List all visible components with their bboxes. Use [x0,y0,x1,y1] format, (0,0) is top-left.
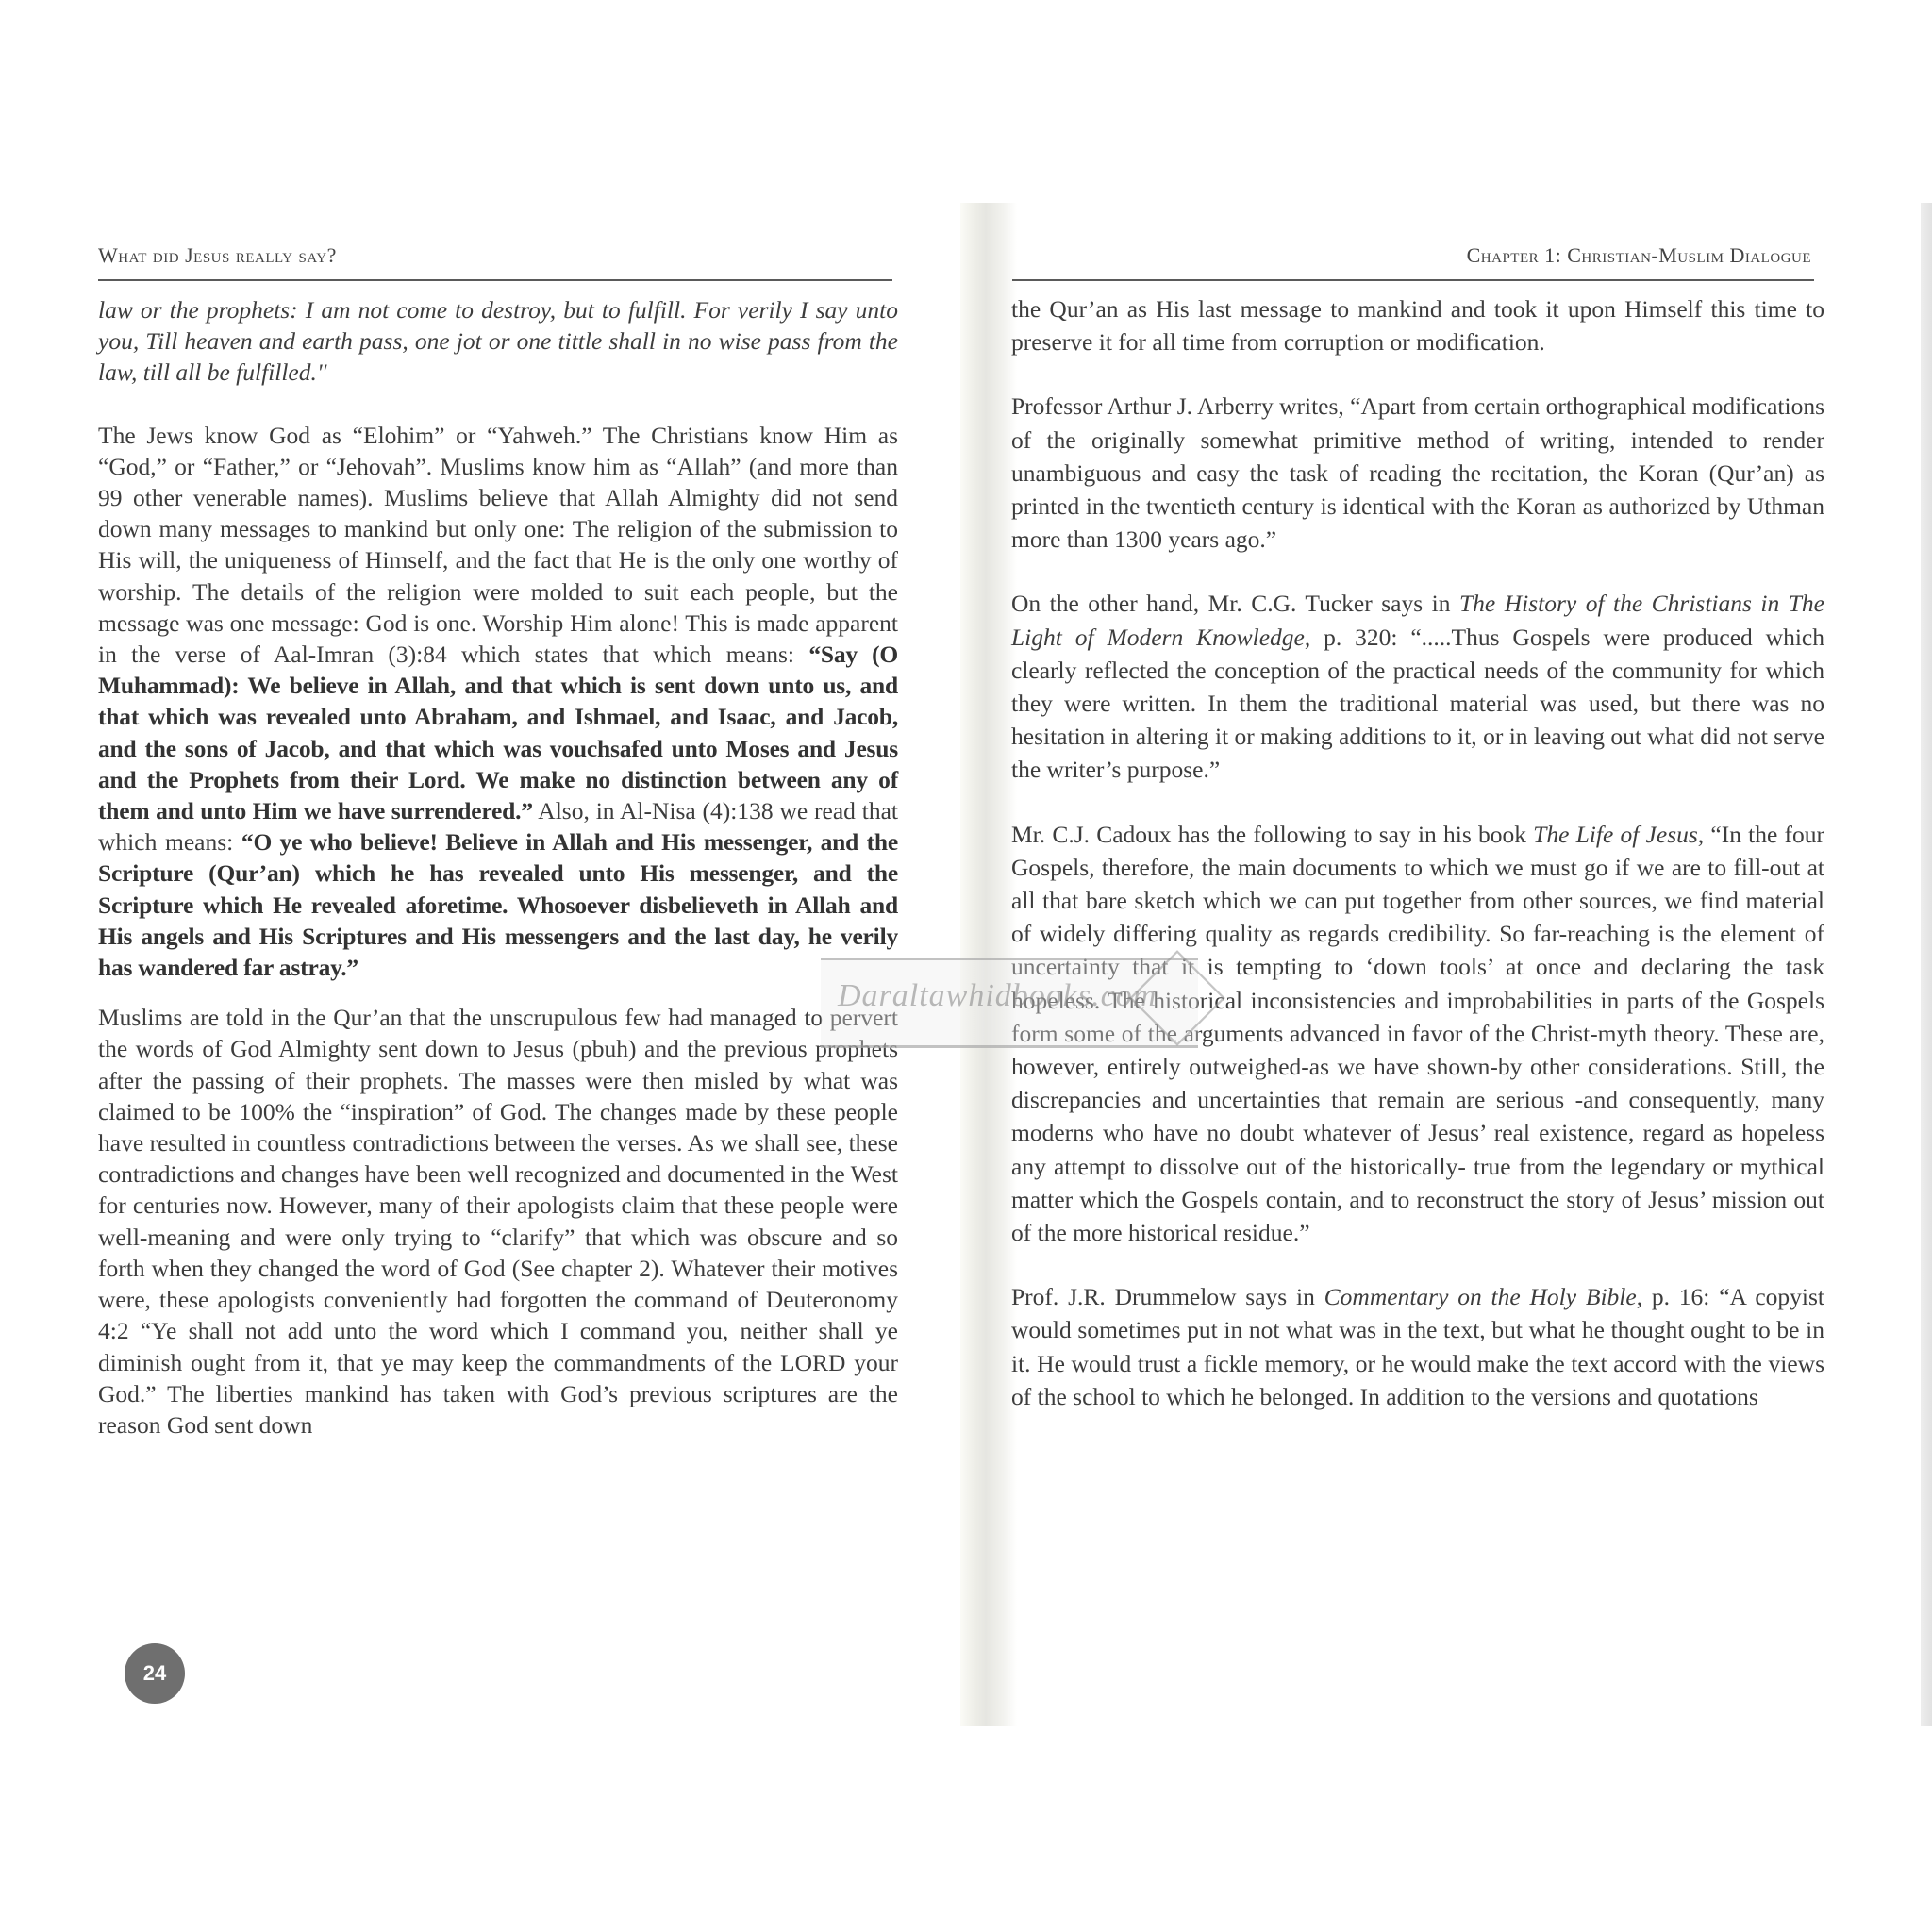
paragraph: The Jews know God as “Elohim” or “Yahweh… [98,420,898,984]
left-page-body: law or the prophets: I am not come to de… [98,294,898,1441]
paragraph-text: Prof. J.R. Drummelow says in [1011,1283,1324,1310]
paragraph-text: The Jews know God as “Elohim” or “Yahweh… [98,422,898,668]
header-rule [1012,279,1814,281]
page-number-badge: 24 [125,1643,185,1704]
paragraph: On the other hand, Mr. C.G. Tucker says … [1011,587,1824,786]
right-page-body: the Qur’an as His last message to mankin… [1011,292,1824,1413]
header-rule [98,279,892,281]
book-title-citation: The Life of Jesus [1533,821,1698,848]
book-spread: What did Jesus really say? law or the pr… [0,0,1932,1932]
paragraph: the Qur’an as His last message to mankin… [1011,292,1824,358]
quote-continuation: law or the prophets: I am not come to de… [98,294,898,389]
paragraph: Mr. C.J. Cadoux has the following to say… [1011,818,1824,1250]
paragraph: Professor Arthur J. Arberry writes, “Apa… [1011,390,1824,556]
paragraph: Prof. J.R. Drummelow says in Commentary … [1011,1280,1824,1413]
paragraph-text: On the other hand, Mr. C.G. Tucker says … [1011,590,1459,617]
paragraph-text: Mr. C.J. Cadoux has the following to say… [1011,821,1533,848]
paragraph: Muslims are told in the Qur’an that the … [98,1002,898,1441]
page-edge [1921,203,1932,1726]
paragraph-text: , “In the four Gospels, therefore, the m… [1011,821,1824,1246]
book-gutter [960,203,1017,1726]
running-head-chapter-title: Chapter 1: Christian-Muslim Dialogue [1467,243,1811,268]
running-head-book-title: What did Jesus really say? [98,243,337,268]
book-title-citation: Commentary on the Holy Bible [1324,1283,1637,1310]
